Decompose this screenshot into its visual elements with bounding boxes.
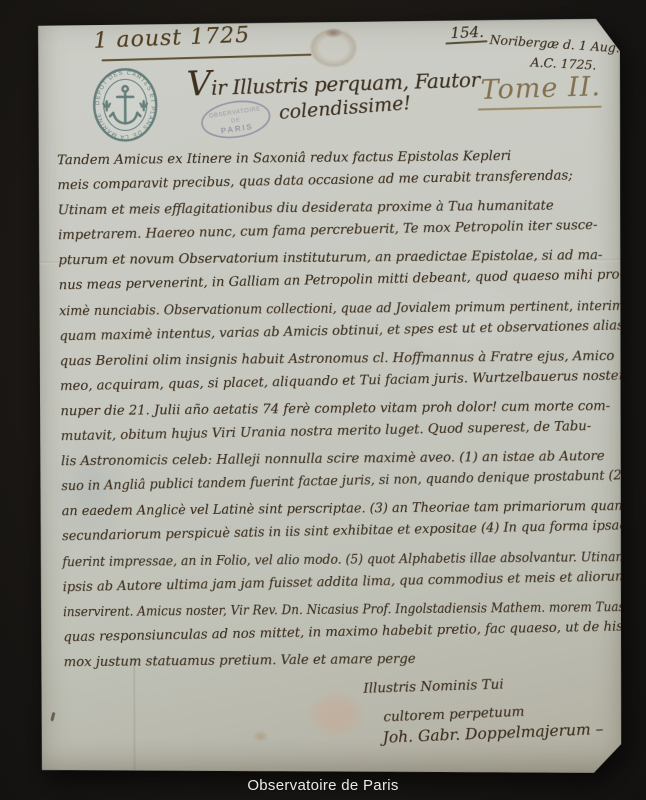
- date-underline-stroke: [102, 54, 312, 62]
- folio-number: 154.: [450, 23, 484, 42]
- letter-page: DÉPÔT DES CARTES ET PLANS DE LA MARINE: [36, 19, 623, 776]
- tome-underline-stroke: [478, 106, 602, 110]
- place-date-line2: A.C. 1725.: [530, 54, 597, 72]
- marine-depot-stamp: DÉPÔT DES CARTES ET PLANS DE LA MARINE: [92, 67, 159, 143]
- caption: Observatoire de Paris: [0, 777, 646, 794]
- ink-stray-mark: [50, 712, 55, 721]
- letter-body: Tandem Amicus ex Itinere in Saxoniâ redu…: [57, 141, 629, 675]
- photo-background: DÉPÔT DES CARTES ET PLANS DE LA MARINE: [0, 0, 646, 800]
- vertical-fold-crease: [133, 659, 136, 775]
- place-date-line1: Noribergæ d. 1 Aug.: [489, 32, 620, 56]
- letter-page-wrapper: DÉPÔT DES CARTES ET PLANS DE LA MARINE: [36, 19, 623, 776]
- closing-line: Illustris Nominis Tui: [363, 676, 504, 696]
- closing-line: cultorem perpetuum: [383, 704, 525, 726]
- tome-label: Tome II.: [480, 71, 601, 106]
- date-annotation: 1 aoust 1725: [93, 23, 251, 54]
- letter-body-line: mox justum statuamus pretium. Vale et am…: [64, 645, 629, 676]
